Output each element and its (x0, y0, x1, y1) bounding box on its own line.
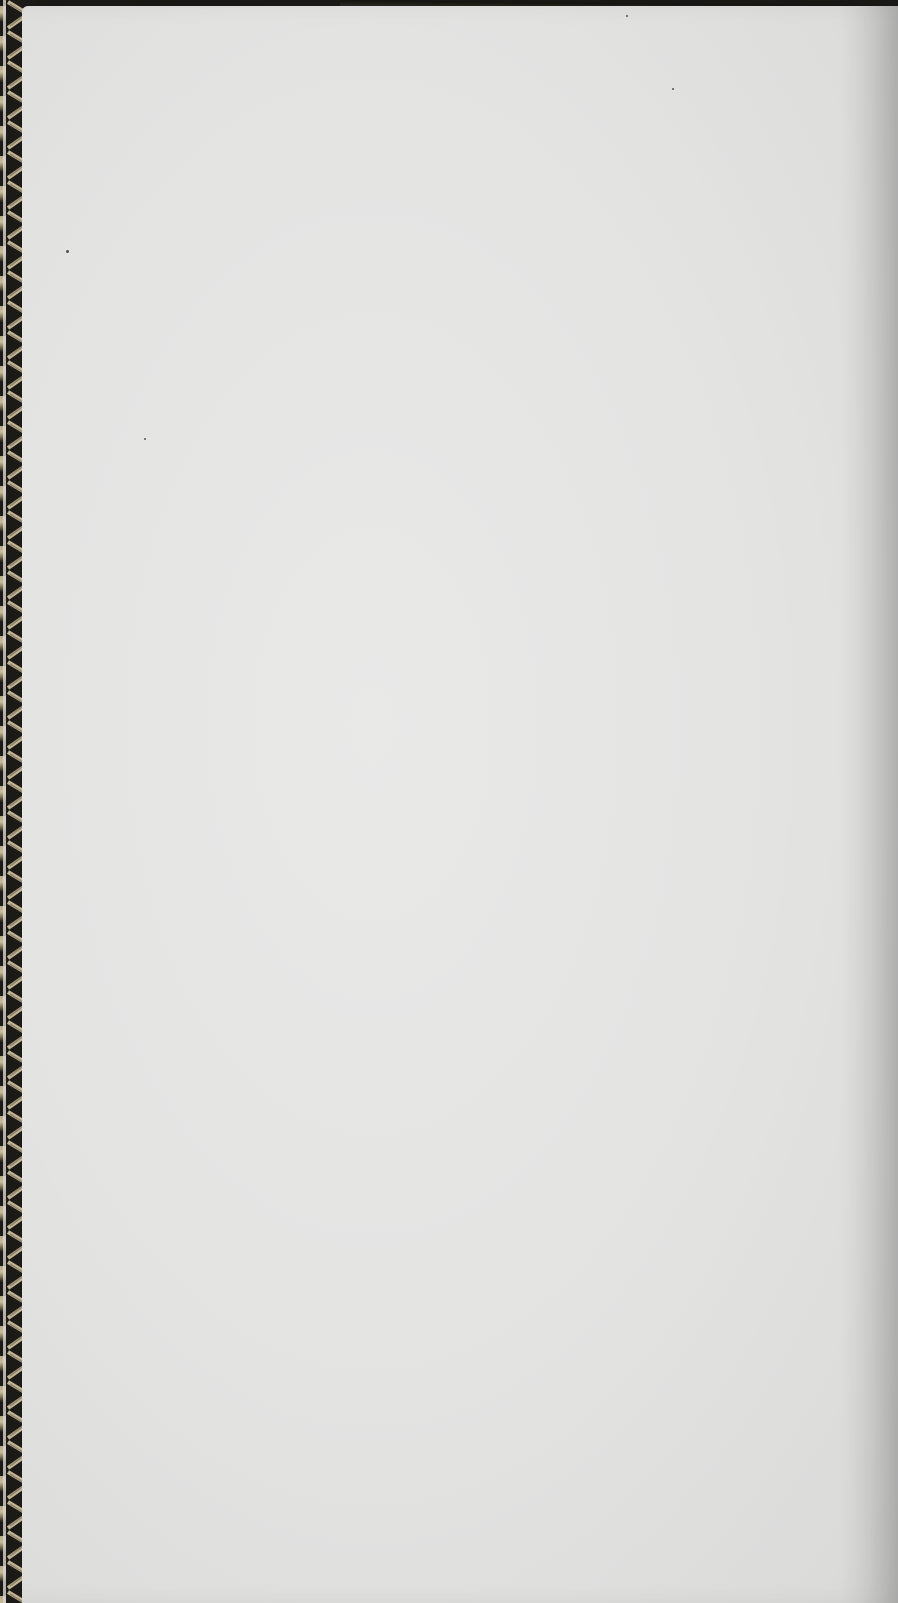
photo-scene (0, 0, 898, 1603)
dust-speck (626, 15, 628, 17)
dust-speck (66, 250, 69, 253)
spine-edge-highlight (3, 0, 6, 1603)
dust-speck (672, 88, 674, 90)
page-shadow (838, 6, 898, 1603)
dust-speck (144, 438, 146, 440)
blank-page (22, 6, 898, 1603)
